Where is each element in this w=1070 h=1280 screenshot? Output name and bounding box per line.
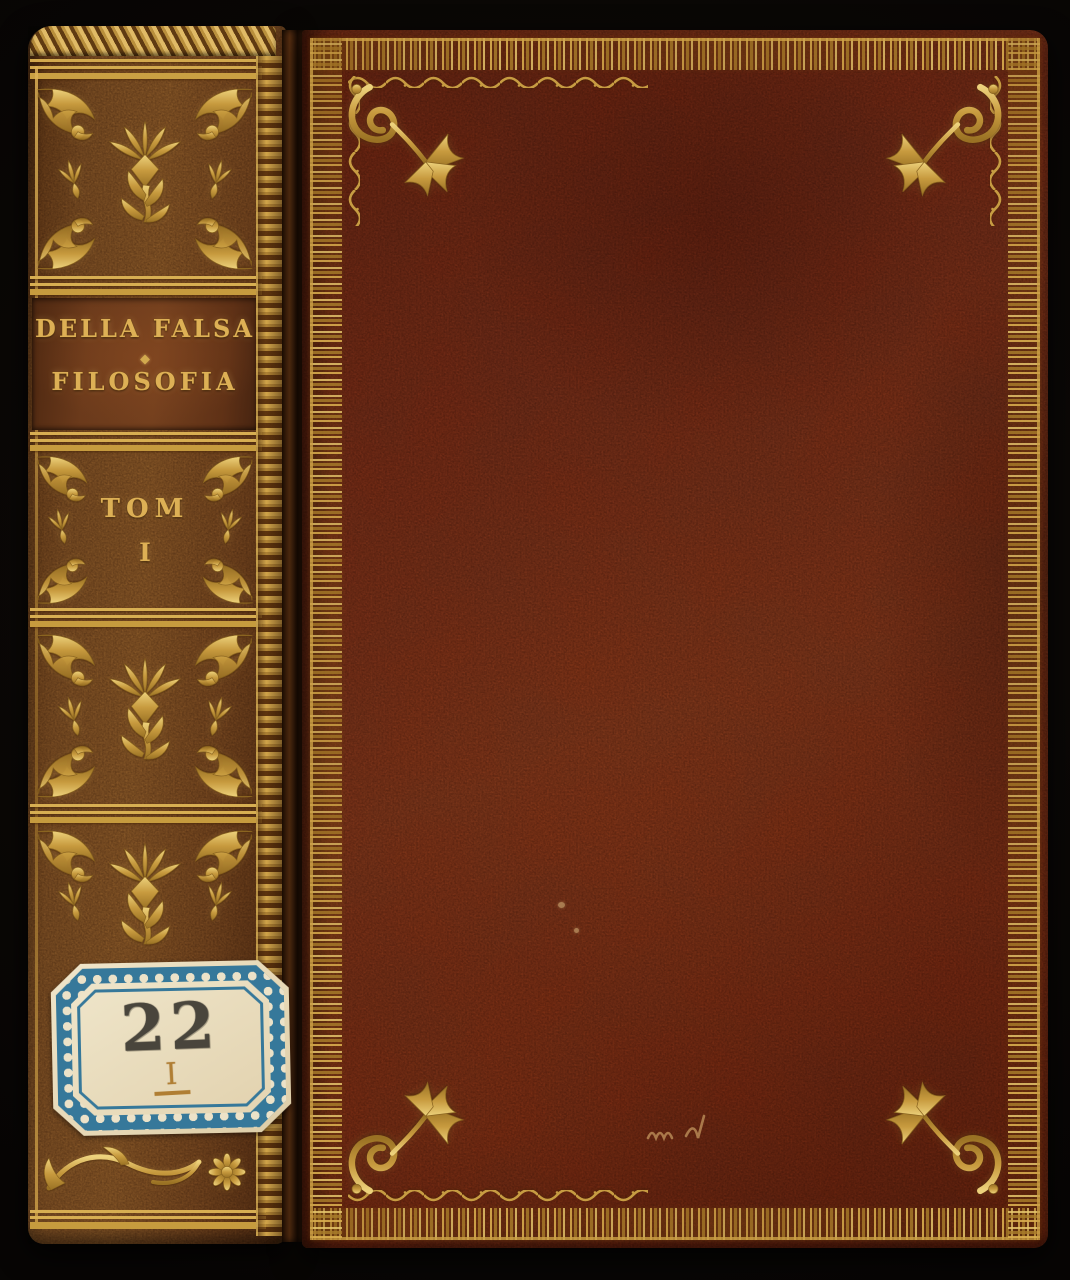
- spine-compartment: [34, 826, 256, 976]
- acanthus-scroll-icon: [34, 86, 98, 150]
- title-divider-ornament-icon: [140, 355, 150, 365]
- shelf-label: 22 I: [50, 960, 292, 1137]
- book-spine: DELLA FALSA FILOSOFIA TOM I: [28, 26, 286, 1244]
- corner-fleuron-icon: [338, 1062, 478, 1202]
- wear-speck: [574, 928, 579, 933]
- thistle-flower-icon: [101, 650, 189, 782]
- floral-sprig-icon: [195, 155, 238, 204]
- acanthus-scroll-icon: [34, 454, 90, 510]
- faint-inscription-mark: [642, 1112, 732, 1152]
- spine-tail-fillets: [30, 1208, 266, 1234]
- spine-compartment: [34, 84, 256, 274]
- spine-band: [30, 430, 262, 454]
- spine-title-panel: DELLA FALSA FILOSOFIA: [32, 298, 258, 430]
- floral-sprig-icon: [195, 692, 238, 741]
- spine-tailpiece: [36, 1138, 256, 1202]
- corner-fleuron-icon: [872, 1062, 1012, 1202]
- gilt-dentelle-border-bottom: [312, 1208, 1038, 1240]
- wear-speck: [558, 902, 565, 908]
- gilt-dentelle-border-right: [1008, 38, 1040, 1240]
- foliate-scroll-icon: [36, 1138, 256, 1202]
- gilt-dentelle-border-top: [312, 38, 1038, 70]
- spine-compartment: [34, 630, 256, 802]
- corner-fleuron-icon: [338, 76, 478, 216]
- acanthus-scroll-icon: [34, 208, 98, 272]
- photo-backdrop: DELLA FALSA FILOSOFIA TOM I: [0, 0, 1070, 1280]
- acanthus-scroll-icon: [200, 550, 256, 606]
- spine-band: [30, 802, 262, 826]
- acanthus-scroll-icon: [192, 736, 256, 800]
- headband-rope-icon: [30, 26, 276, 56]
- spine-band: [30, 274, 262, 298]
- acanthus-scroll-icon: [192, 632, 256, 696]
- acanthus-scroll-icon: [34, 736, 98, 800]
- spine-title-line1: DELLA FALSA: [32, 314, 258, 343]
- corner-fleuron-icon: [872, 76, 1012, 216]
- thistle-flower-icon: [101, 113, 189, 245]
- floral-sprig-icon: [51, 155, 94, 204]
- spine-head-fillets: [30, 56, 262, 84]
- acanthus-scroll-icon: [34, 632, 98, 696]
- acanthus-scroll-icon: [34, 550, 90, 606]
- shelf-label-number: 22: [120, 999, 221, 1057]
- floral-sprig-icon: [51, 692, 94, 741]
- acanthus-scroll-icon: [200, 454, 256, 510]
- spine-band: [30, 606, 262, 630]
- shelf-label-volume-numeral: I: [153, 1059, 191, 1096]
- spine-volume-panel: TOM I: [34, 454, 256, 606]
- front-cover: [302, 30, 1048, 1248]
- gilt-dentelle-border-left: [310, 38, 342, 1240]
- spine-title-line2: FILOSOFIA: [32, 367, 258, 396]
- acanthus-scroll-icon: [192, 208, 256, 272]
- thistle-flower-icon: [101, 835, 189, 967]
- shelf-label-field: 22 I: [80, 989, 262, 1107]
- acanthus-scroll-icon: [192, 86, 256, 150]
